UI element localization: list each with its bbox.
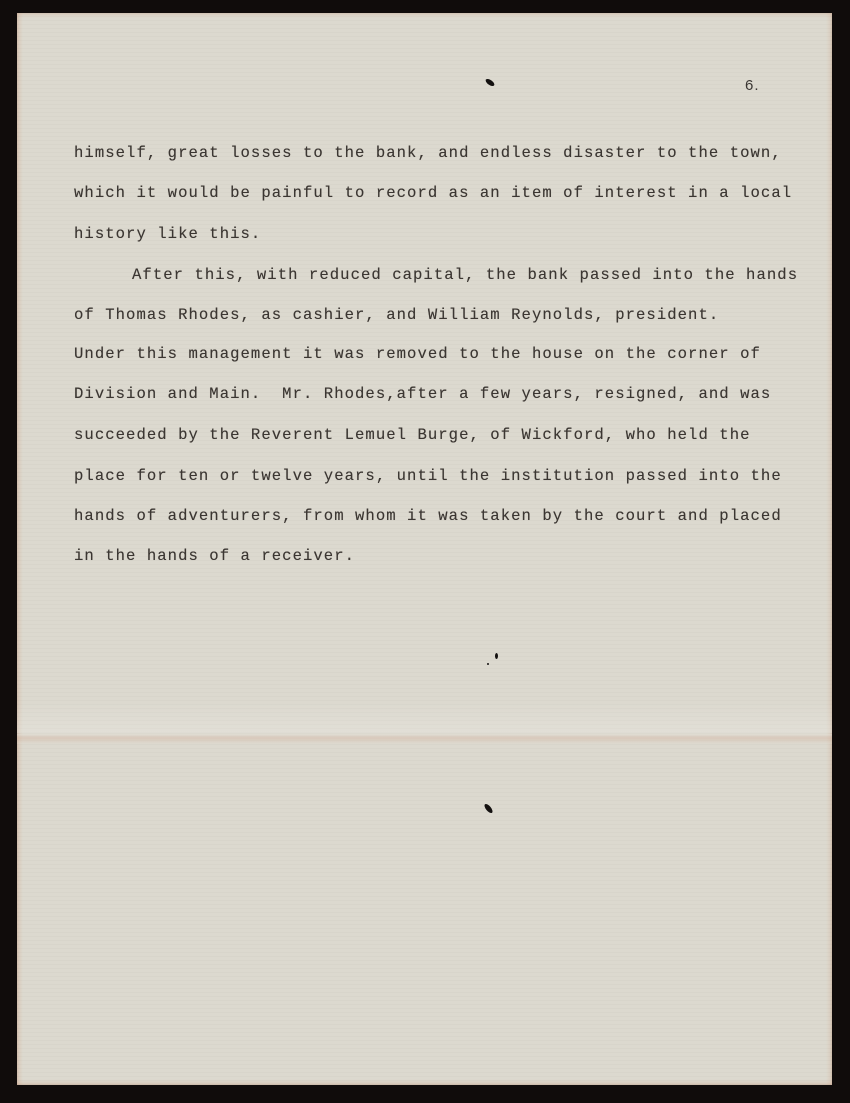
paragraph-1-line-1: himself, great losses to the bank, and e…	[74, 143, 782, 163]
ink-mark-icon	[495, 653, 498, 659]
paragraph-2-line-5: succeeded by the Reverent Lemuel Burge, …	[74, 425, 751, 445]
paper-fold-line	[17, 734, 832, 744]
scanned-page-background: 6. himself, great losses to the bank, an…	[0, 0, 850, 1103]
ink-mark-icon	[484, 78, 495, 88]
paragraph-2-line-8: in the hands of a receiver.	[74, 546, 355, 566]
paragraph-1-line-3: history like this.	[74, 224, 261, 244]
paragraph-2-line-2: of Thomas Rhodes, as cashier, and Willia…	[74, 305, 719, 325]
page-number: 6.	[745, 77, 760, 94]
paragraph-2-line-7: hands of adventurers, from whom it was t…	[74, 506, 782, 526]
fold-shading	[17, 703, 832, 733]
typewritten-page: 6. himself, great losses to the bank, an…	[17, 13, 832, 1085]
paragraph-2-line-6: place for ten or twelve years, until the…	[74, 466, 782, 486]
paragraph-2-line-4: Division and Main. Mr. Rhodes,after a fe…	[74, 384, 771, 404]
paragraph-2-line-1: After this, with reduced capital, the ba…	[132, 265, 798, 285]
paragraph-2-line-3: Under this management it was removed to …	[74, 344, 761, 364]
paragraph-1-line-2: which it would be painful to record as a…	[74, 183, 792, 203]
ink-mark-icon	[487, 663, 489, 665]
ink-mark-icon	[483, 803, 494, 815]
